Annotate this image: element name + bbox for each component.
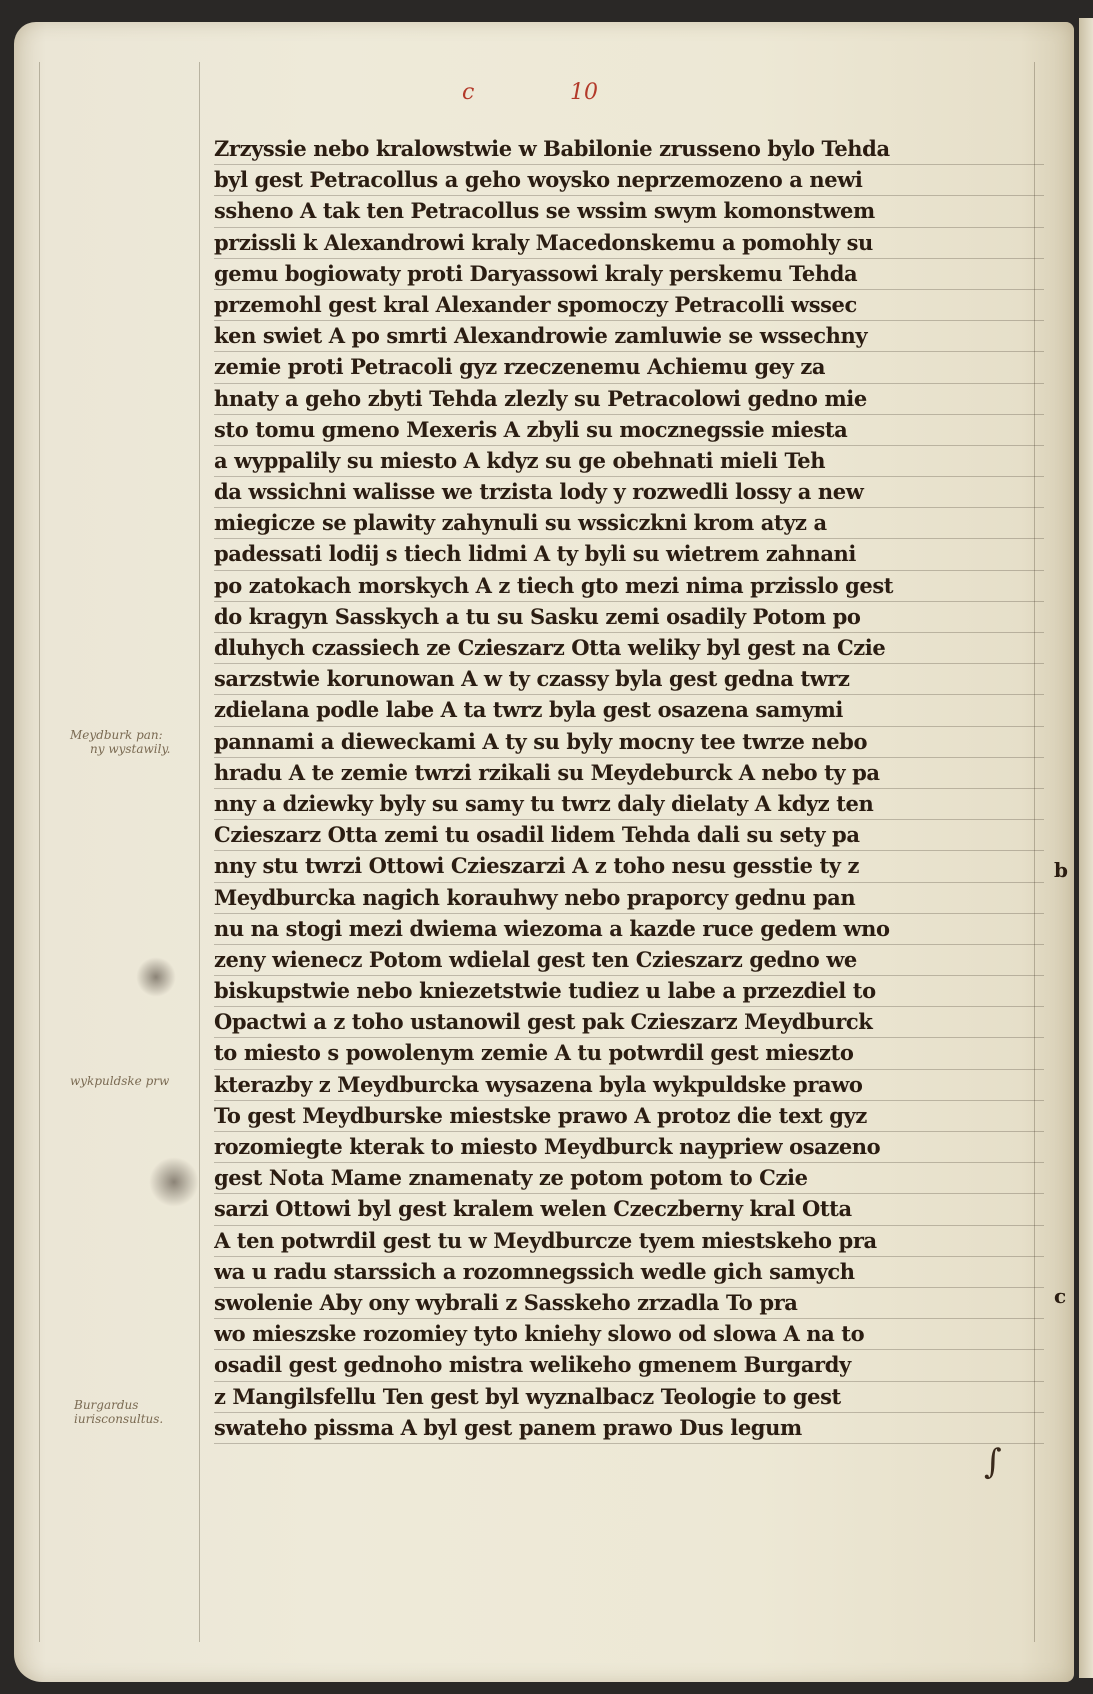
marginal-note-meydburk: Meydburk pan: ny wystawily.	[70, 728, 170, 756]
text-line: zemie proti Petracoli gyz rzeczenemu Ach…	[214, 352, 1044, 383]
text-line: sarzstwie korunowan A w ty czassy byla g…	[214, 664, 1044, 695]
text-line: zdielana podle labe A ta twrz byla gest …	[214, 695, 1044, 726]
text-line: przissli k Alexandrowi kraly Macedonskem…	[214, 228, 1044, 259]
text-line: to miesto s powolenym zemie A tu potwrdi…	[214, 1038, 1044, 1069]
text-line: wa u radu starssich a rozomnegssich wedl…	[214, 1257, 1044, 1288]
text-line: pannami a dieweckami A ty su byly mocny …	[214, 727, 1044, 758]
text-line: da wssichni walisse we trzista lody y ro…	[214, 477, 1044, 508]
text-line: nny a dziewky byly su samy tu twrz daly …	[214, 789, 1044, 820]
ink-stain	[136, 957, 176, 997]
text-line: swolenie Aby ony wybrali z Sasskeho zrza…	[214, 1288, 1044, 1319]
text-line: Zrzyssie nebo kralowstwie w Babilonie zr…	[214, 134, 1044, 165]
text-line: ssheno A tak ten Petracollus se wssim sw…	[214, 196, 1044, 227]
text-line: byl gest Petracollus a geho woysko neprz…	[214, 165, 1044, 196]
text-line: wo mieszske rozomiey tyto kniehy slowo o…	[214, 1319, 1044, 1350]
marginal-letter-c: c	[1054, 1284, 1066, 1308]
outer-edge-rule	[39, 62, 40, 1642]
text-line: osadil gest gednoho mistra welikeho gmen…	[214, 1350, 1044, 1381]
text-line: a wyppalily su miesto A kdyz su ge obehn…	[214, 446, 1044, 477]
text-line: nny stu twrzi Ottowi Czieszarzi A z toho…	[214, 851, 1044, 882]
text-line: padessati lodij s tiech lidmi A ty byli …	[214, 539, 1044, 570]
left-margin-rule	[199, 62, 200, 1642]
ink-stain	[149, 1157, 199, 1207]
text-line: po zatokach morskych A z tiech gto mezi …	[214, 571, 1044, 602]
text-line: A ten potwrdil gest tu w Meydburcze tyem…	[214, 1226, 1044, 1257]
marginal-note-wykpuldske: wykpuldske prw	[70, 1074, 169, 1088]
text-line: Opactwi a z toho ustanowil gest pak Czie…	[214, 1007, 1044, 1038]
marginal-note-burgardus: Burgardus iurisconsultus.	[74, 1398, 163, 1426]
folio-number: 10	[570, 80, 598, 105]
text-line: kterazby z Meydburcka wysazena byla wykp…	[214, 1070, 1044, 1101]
text-line: To gest Meydburske miestske prawo A prot…	[214, 1101, 1044, 1132]
text-line: biskupstwie nebo kniezetstwie tudiez u l…	[214, 976, 1044, 1007]
text-line: hradu A te zemie twrzi rzikali su Meydeb…	[214, 758, 1044, 789]
end-flourish-icon: ∫	[984, 1442, 1002, 1482]
text-line: z Mangilsfellu Ten gest byl wyznalbacz T…	[214, 1382, 1044, 1413]
manuscript-page: c 10 Zrzyssie nebo kralowstwie w Babilon…	[14, 22, 1074, 1682]
marginal-letter-b: b	[1054, 858, 1068, 882]
text-line: swateho pissma A byl gest panem prawo Du…	[214, 1413, 1044, 1444]
text-line: dluhych czassiech ze Czieszarz Otta weli…	[214, 633, 1044, 664]
text-line: do kragyn Sasskych a tu su Sasku zemi os…	[214, 602, 1044, 633]
text-line: przemohl gest kral Alexander spomoczy Pe…	[214, 290, 1044, 321]
text-line: gemu bogiowaty proti Daryassowi kraly pe…	[214, 259, 1044, 290]
text-line: sto tomu gmeno Mexeris A zbyli su moczne…	[214, 415, 1044, 446]
folio-mark-left: c	[462, 80, 474, 105]
text-line: Meydburcka nagich korauhwy nebo praporcy…	[214, 883, 1044, 914]
text-line: zeny wienecz Potom wdielal gest ten Czie…	[214, 945, 1044, 976]
text-line: nu na stogi mezi dwiema wiezoma a kazde …	[214, 914, 1044, 945]
text-line: gest Nota Mame znamenaty ze potom potom …	[214, 1163, 1044, 1194]
text-line: hnaty a geho zbyti Tehda zlezly su Petra…	[214, 384, 1044, 415]
text-line: Czieszarz Otta zemi tu osadil lidem Tehd…	[214, 820, 1044, 851]
text-line: ken swiet A po smrti Alexandrowie zamluw…	[214, 321, 1044, 352]
text-line: miegicze se plawity zahynuli su wssiczkn…	[214, 508, 1044, 539]
text-line: rozomiegte kterak to miesto Meydburck na…	[214, 1132, 1044, 1163]
text-line: sarzi Ottowi byl gest kralem welen Czecz…	[214, 1194, 1044, 1225]
main-text-block: Zrzyssie nebo kralowstwie w Babilonie zr…	[214, 134, 1044, 1444]
adjacent-page-edge	[1079, 18, 1093, 1678]
